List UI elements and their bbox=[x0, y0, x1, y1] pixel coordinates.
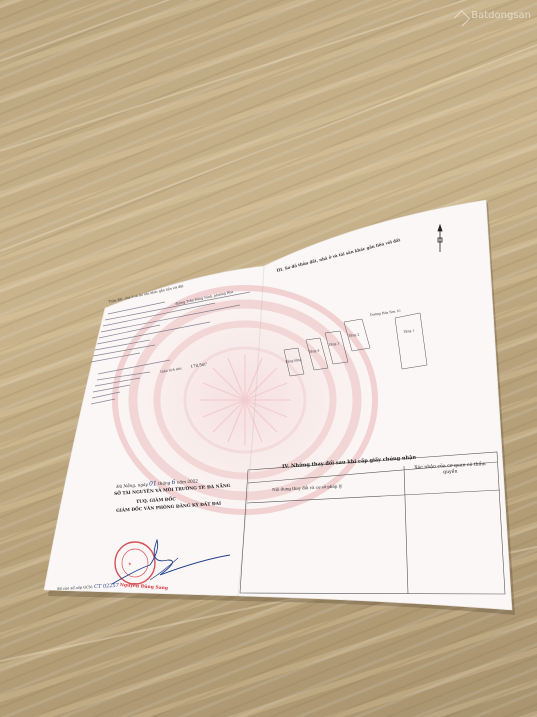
certificate-paper: ★ bbox=[0, 0, 537, 717]
svg-text:★: ★ bbox=[128, 561, 132, 566]
